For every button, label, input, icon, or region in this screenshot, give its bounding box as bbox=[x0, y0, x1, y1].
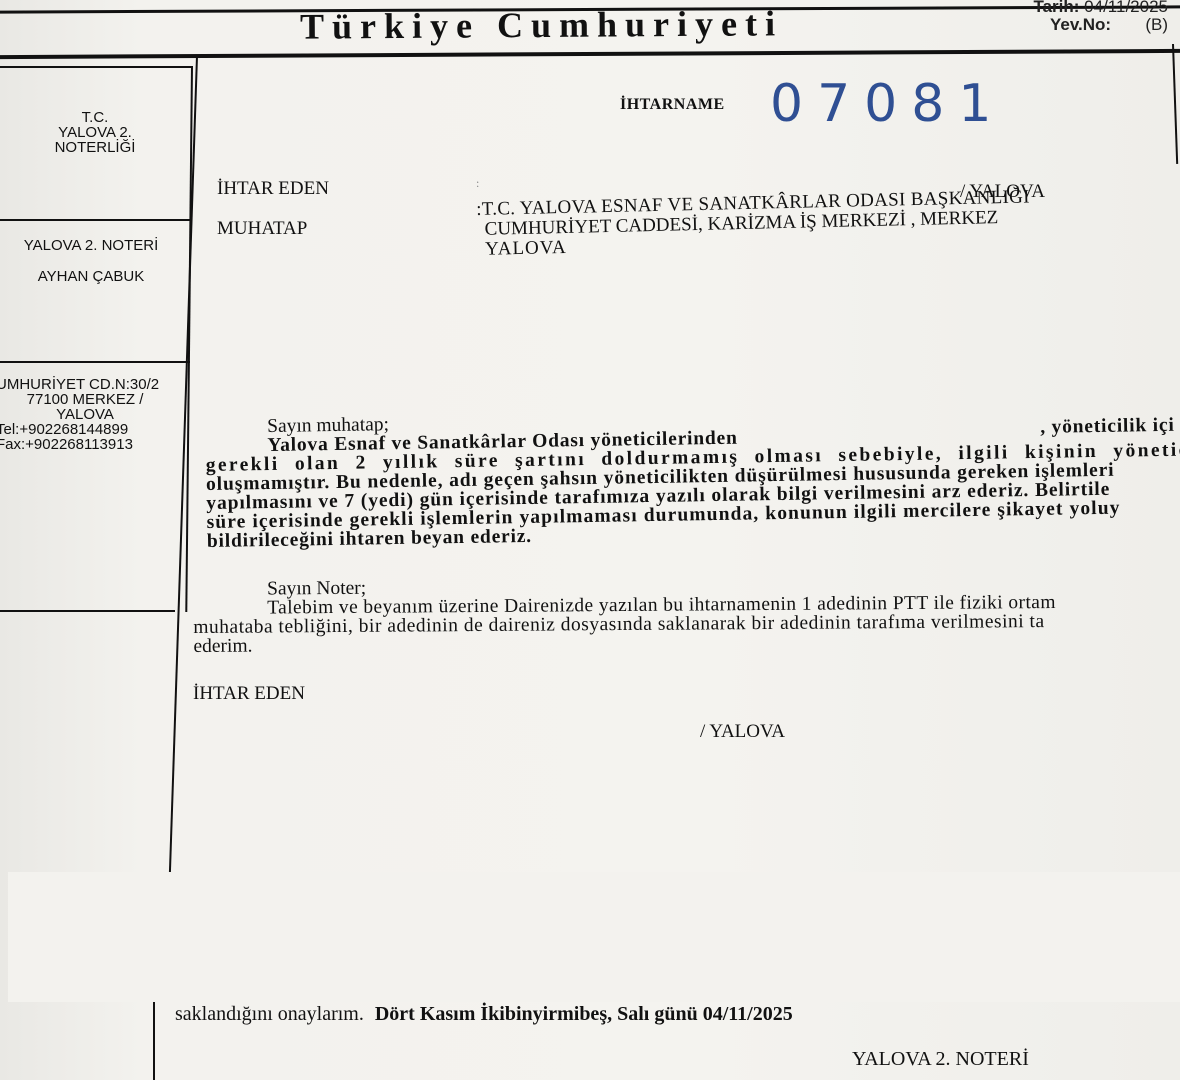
main-left-border bbox=[168, 56, 198, 896]
left-panel-bottom-rule bbox=[0, 610, 175, 612]
tel: Tel:+902268144899 bbox=[0, 422, 174, 437]
address-line2: 77100 MERKEZ / bbox=[0, 392, 174, 407]
recipient-address: :T.C. YALOVA ESNAF VE SANATKÂRLAR ODASI … bbox=[476, 187, 1031, 260]
office-line1: T.C. bbox=[20, 110, 170, 125]
header-bottom-rule bbox=[0, 49, 1180, 59]
document-title: Türkiye Cumhuriyeti bbox=[300, 2, 783, 47]
yev-label: Yev.No: bbox=[968, 16, 1111, 34]
date-in-words: Dört Kasım İkibinyirmibeş, Salı günü 04/… bbox=[375, 1003, 793, 1025]
body-line-1-tail: , yöneticilik içi bbox=[1040, 416, 1175, 437]
document-page: Türkiye Cumhuriyeti Tarih: 04/11/2025 Ye… bbox=[0, 0, 1180, 1080]
confirm-text: saklandığını onaylarım. bbox=[175, 1003, 364, 1025]
footer-left-border bbox=[153, 1000, 155, 1080]
date-value: 04/11/2025 bbox=[1084, 0, 1168, 16]
notary-office-block: T.C. YALOVA 2. NOTERLİĞİ bbox=[20, 110, 170, 155]
address-line1: UMHURİYET CD.N:30/2 bbox=[0, 377, 174, 392]
redacted-region bbox=[8, 872, 1180, 1002]
left-panel-top-rule bbox=[0, 66, 192, 68]
left-panel-divider-2 bbox=[0, 361, 190, 363]
ihtarname-number-stamp: 07081 bbox=[770, 74, 1005, 134]
date-label: Tarih: bbox=[1033, 0, 1079, 16]
notice-body: Sayın muhatap; Yalova Esnaf ve Sanatkârl… bbox=[205, 402, 1180, 551]
yev-value: (B) bbox=[1145, 16, 1168, 34]
signature-label: İHTAR EDEN bbox=[193, 683, 305, 705]
left-panel-divider-1 bbox=[0, 219, 192, 221]
notary-signature: YALOVA 2. NOTERİ bbox=[852, 1048, 1029, 1071]
right-border bbox=[1172, 44, 1178, 164]
sender-label: İHTAR EDEN bbox=[217, 178, 329, 200]
office-line2: YALOVA 2. bbox=[20, 125, 170, 140]
recipient-label: MUHATAP bbox=[217, 218, 307, 240]
notary-request: Sayın Noter; Talebim ve beyanım üzerine … bbox=[193, 573, 1180, 656]
fax: Fax:+902268113913 bbox=[0, 437, 174, 452]
signature-city: / YALOVA bbox=[700, 721, 785, 743]
notary-title: YALOVA 2. NOTERİ bbox=[0, 238, 182, 253]
address-line3: YALOVA bbox=[0, 407, 174, 422]
office-line3: NOTERLİĞİ bbox=[20, 140, 170, 155]
notary-name: AYHAN ÇABUK bbox=[0, 269, 182, 284]
footer-confirmation: saklandığını onaylarım. Dört Kasım İkibi… bbox=[175, 1003, 793, 1026]
notary-address-block: UMHURİYET CD.N:30/2 77100 MERKEZ / YALOV… bbox=[0, 377, 174, 452]
header-meta: Tarih: 04/11/2025 Yev.No:(B) bbox=[968, 0, 1168, 34]
sender-separator: : bbox=[476, 176, 479, 191]
document-type-label: İHTARNAME bbox=[620, 96, 725, 114]
